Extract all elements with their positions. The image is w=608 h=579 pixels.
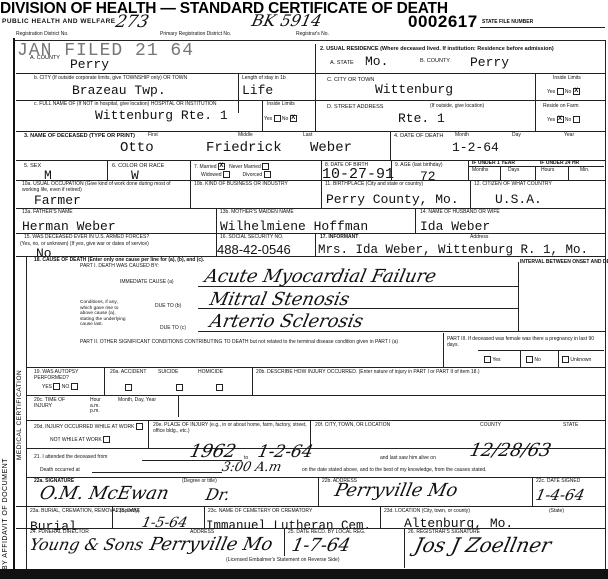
mdy-label: Month, Day, Year [118,398,156,404]
due-to-c-label: DUE TO (c) [160,326,186,332]
date-signed: 1-4-64 [534,486,586,504]
farm-boxes: Yes X No [547,116,580,123]
citizen: U.S.A. [495,193,542,207]
middle-name: Friedrick [206,141,282,155]
age-label: 9. AGE (last birthday) [395,163,443,169]
describe-label: 20b. DESCRIBE HOW INJURY OCCURRED. (Ente… [256,370,480,376]
attended-to: 1-2-64 [256,442,315,462]
physician-address: Perryville Mo [333,480,460,501]
res-inside-no-checkbox[interactable]: X [573,88,580,95]
length-of-stay: Life [242,84,273,98]
homicide-checkbox[interactable] [216,384,223,391]
pregnancy-yes: Yes [484,356,500,363]
mother-name: Wilhelmiene Hoffman [220,220,368,234]
funeral-director: Young & Sons [28,535,145,554]
day-label: Day [512,133,521,139]
injury-location-label: 20f. CITY, TOWN, OR LOCATION [315,423,390,429]
res-state: Mo. [365,55,388,69]
pregnancy-no: No [526,356,541,363]
attended-from: 1962 [188,441,238,462]
accident-label: 20a. ACCIDENT [110,370,146,376]
physician-signature: O.M. McEwan [38,483,171,504]
autopsy-label: 19. WAS AUTOPSY PERFORMED? [34,370,100,381]
widowed-checkbox[interactable] [223,171,230,178]
res-inside-limits-boxes: Yes No X [547,88,580,95]
middle-label: Middle [238,133,253,139]
on-label: on the date stated above, and to the bes… [302,468,487,474]
res-city-label: c. CITY OR TOWN [327,77,374,83]
date-of-death-label: 4. DATE OF DEATH [394,133,443,139]
name-label: 3. NAME OF DECEASED (Type or print) [24,133,135,139]
death-occurred-label: Death occurred at [40,468,80,474]
margin-affidavit-label: BY AFFIDAVIT OF DOCUMENT [2,458,9,570]
res-state-label: a. STATE [330,60,354,66]
injury-county-label: COUNTY [480,423,501,429]
death-time: 3:00 A.m [220,460,282,475]
scan-border [0,569,608,579]
farm-label: Reside on Farm [543,104,579,110]
informant: Mrs. Ida Weber, Wittenburg R. 1, Mo. [318,243,588,257]
date-recd: 1-7-64 [290,535,352,556]
attended-label: 21. I attended the deceased from [34,455,107,461]
not-at-work: NOT WHILE AT WORK [50,436,110,443]
res-county: Perry [470,56,509,70]
date-signed-label: 22c. DATE SIGNED [536,479,580,485]
birthplace-label: 11. BIRTHPLACE (City and state or countr… [325,182,423,188]
pregnancy-unknown-checkbox[interactable] [562,356,569,363]
min-label: Min. [580,168,589,174]
divorced-checkbox[interactable] [264,171,271,178]
state-file-number: 0002617 [408,12,478,32]
at-work: 20d. INJURY OCCURRED WHILE AT WORK [34,423,144,430]
accident-checkbox[interactable] [125,384,132,391]
last-label: Last [303,133,312,139]
months-label: Months [472,168,488,174]
res-inside-yes-checkbox[interactable] [557,88,564,95]
usual-residence-label: 2. USUAL RESIDENCE (Where deceased lived… [320,46,554,52]
res-city: Wittenburg [375,83,453,97]
farm-no-checkbox[interactable] [573,116,580,123]
pregnancy-unknown: Unknown [562,356,591,363]
father-label: 13a. FATHER'S NAME [22,210,73,216]
inside-no-checkbox[interactable]: X [290,115,297,122]
suicide-checkbox[interactable] [176,384,183,391]
due-to-b: Mitral Stenosis [208,289,352,310]
certificate-title: DIVISION OF HEALTH — STANDARD CERTIFICAT… [0,0,448,18]
immediate-label: IMMEDIATE CAUSE (a) [120,280,174,286]
hospital-label: c. FULL NAME OF (If NOT in hospital, giv… [34,102,217,108]
hours-label: Hours [541,168,554,174]
registration-district-no: 273 [114,12,151,32]
cemetery-label: 23c. NAME OF CEMETERY OR CREMATORY [208,509,312,515]
informant-label: 17. INFORMANT [320,235,358,241]
month-label: Month [455,133,469,139]
never-married-checkbox[interactable] [262,163,269,170]
homicide-label: HOMICIDE [198,370,223,376]
days-label: Days [508,168,519,174]
not-at-work-checkbox[interactable] [103,436,110,443]
inside-limits-label: Inside Limits [267,102,295,108]
part3-label: PART III. If deceased was female was the… [447,337,602,348]
birthplace: Perry County, Mo. [326,193,459,207]
spouse-label: 14. NAME OF HUSBAND OR WIFE [420,210,500,216]
part1-label: PART I. DEATH WAS CAUSED BY: [80,264,159,270]
degree: Dr. [204,485,232,504]
mother-label: 13b. MOTHER'S MAIDEN NAME [220,210,294,216]
place-of-injury-label: 20e. PLACE OF INJURY (e.g., in or about … [153,423,308,434]
date-of-death: 1-2-64 [452,141,499,155]
due-to-b-label: DUE TO (b) [155,304,181,310]
first-label: First [148,133,158,139]
immediate-cause: Acute Myocardial Failure [203,266,438,287]
last-saw-date: 12/28/63 [468,440,553,461]
burial-date-label: 23b. DATE [116,509,140,515]
last-name: Weber [310,141,352,155]
citizen-label: 12. CITIZEN OF WHAT COUNTRY [474,182,552,188]
autopsy-boxes: YES NO [42,383,78,390]
pregnancy-yes-checkbox[interactable] [484,356,491,363]
res-street: Rte. 1 [398,112,445,126]
part2-label: PART II. OTHER SIGNIFICANT CONDITIONS CO… [80,340,430,346]
marital-married: 7. Married X Never Married [194,163,269,170]
father-name: Herman Weber [22,220,116,234]
cemetery-state-label: (State) [549,509,564,515]
injury-state-label: STATE [563,423,578,429]
interval-label: INTERVAL BETWEEN ONSET AND DEATH [520,260,608,266]
ssn: 488-42-0546 [217,243,291,257]
ssn-label: 16. SOCIAL SECURITY NO. [220,235,283,241]
res-county-label: b. COUNTY [420,58,450,64]
county-label: a. COUNTY [30,55,60,61]
agency-name: PUBLIC HEALTH AND WELFARE [2,19,116,25]
pregnancy-no-checkbox[interactable] [526,356,533,363]
city-label: b. CITY (If outside corporate limits, gi… [34,76,187,82]
armed-forces-label: 15. WAS DECEASED EVER IN U.S. ARMED FORC… [24,235,149,241]
street-note: (If outside, give location) [430,104,484,110]
registration-district-label: Registration District No. [16,32,69,38]
medical-certification-label: MEDICAL CERTIFICATION [16,370,23,460]
at-work-checkbox[interactable] [136,423,143,430]
autopsy-no-checkbox[interactable] [71,383,78,390]
death-city: Brazeau Twp. [72,84,166,98]
inside-limits-boxes: Yes No X [264,115,297,122]
cemetery-location-label: 23d. LOCATION (City, town, or county) [384,509,470,515]
farm-yes-checkbox[interactable]: X [557,116,564,123]
registrars-no-label: Registrar's No. [296,32,329,38]
registrar-signature: Jos J Zoellner [412,533,553,557]
industry-label: 10b. KIND OF BUSINESS OR INDUSTRY [194,182,288,188]
fd-address: Perryville Mo [148,534,275,555]
year-label: Year [564,133,574,139]
degree-label: (Degree or title) [182,479,217,485]
last-saw-label: and last saw him alive on [380,456,436,462]
death-county: Perry [70,58,109,72]
married-checkbox[interactable]: X [218,163,225,170]
marital-widowed: Widowed Divorced [201,171,271,178]
sex-label: 5. SEX [24,163,41,169]
length-of-stay-label: Length of stay in 1b [242,76,286,82]
inside-yes-checkbox[interactable] [274,115,281,122]
primary-district-no: BK 5914 [250,11,324,30]
embalmer-note: (Licensed Embalmer's Statement on Revers… [226,558,340,564]
suicide-label: SUICIDE [158,370,178,376]
informant-address-label: Address [470,235,488,241]
street-label: d. STREET ADDRESS [327,104,383,110]
occupation-label: 10a. USUAL OCCUPATION (Give kind of work… [22,182,188,193]
hour-label: Hour a.m. p.m. [90,398,104,415]
conditions-note: Conditions, if any, which gave rise to a… [80,300,130,328]
primary-district-label: Primary Registration District No. [160,32,231,38]
spouse-name: Ida Weber [420,220,490,234]
state-file-number-label: STATE FILE NUMBER [482,20,533,26]
due-to-c: Arterio Sclerosis [208,311,365,332]
hospital: Wittenburg Rte. 1 [95,109,228,123]
first-name: Otto [120,141,154,155]
time-label: 20c. TIME OF INJURY [34,398,74,409]
occupation: Farmer [34,194,81,208]
autopsy-yes-checkbox[interactable] [53,383,60,390]
res-inside-limits-label: Inside Limits [553,76,581,82]
